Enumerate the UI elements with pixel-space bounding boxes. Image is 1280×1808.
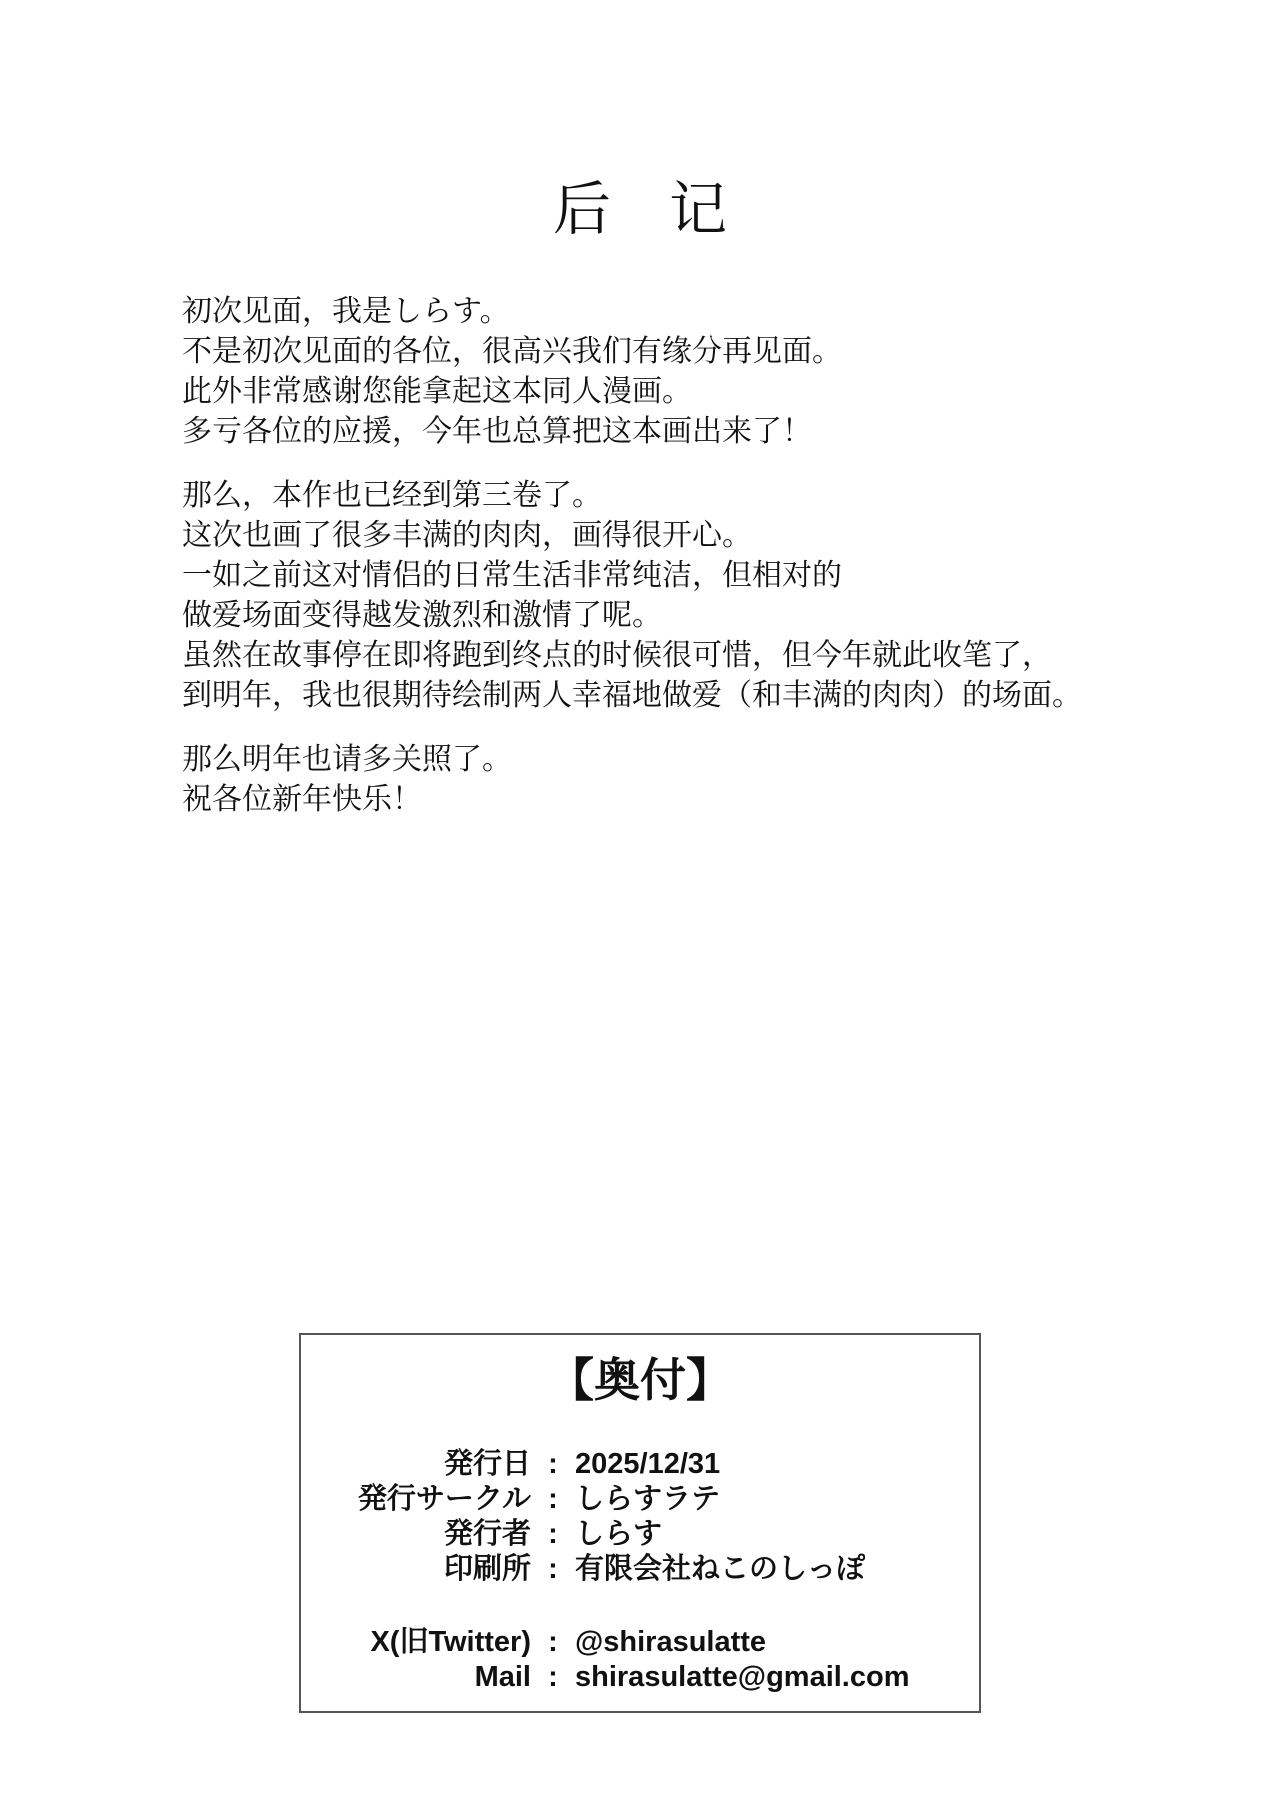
afterword-paragraph: 那么，本作也已经到第三卷了。 这次也画了很多丰满的肉肉，画得很开心。 一如之前这…	[182, 476, 1082, 716]
afterword-line: 那么明年也请多关照了。	[182, 740, 1082, 780]
colon-separator: :	[531, 1517, 575, 1552]
afterword-line: 此外非常感谢您能拿起这本同人漫画。	[182, 372, 1082, 412]
colophon-row-label: 発行者	[301, 1517, 531, 1552]
afterword-line: 这次也画了很多丰满的肉肉，画得很开心。	[182, 516, 1082, 556]
afterword-line: 初次见面，我是しらす。	[182, 292, 1082, 332]
colon-separator: :	[531, 1447, 575, 1482]
colon-separator: :	[531, 1482, 575, 1517]
afterword-paragraph: 那么明年也请多关照了。 祝各位新年快乐！	[182, 740, 1082, 820]
afterword-line: 祝各位新年快乐！	[182, 780, 1082, 820]
colophon-row-value: shirasulatte@gmail.com	[575, 1660, 979, 1695]
colophon-row-label: 印刷所	[301, 1552, 531, 1587]
colophon-row-label: 発行サークル	[301, 1482, 531, 1517]
colophon-row-value: 有限会社ねこのしっぽ	[575, 1552, 979, 1587]
colophon-title: 【奥付】	[301, 1357, 979, 1403]
colophon-rows: 発行日 : 2025/12/31 発行サークル : しらすラテ 発行者 : しら…	[301, 1447, 979, 1695]
afterword-line: 到明年，我也很期待绘制两人幸福地做爱（和丰满的肉肉）的场面。	[182, 676, 1082, 716]
colophon-row-publisher: 発行者 : しらす	[301, 1517, 979, 1552]
page-title: 后 记	[0, 181, 1280, 239]
colophon-row-x-account: X(旧Twitter) : @shirasulatte	[301, 1625, 979, 1660]
afterword-page: 后 记 初次见面，我是しらす。 不是初次见面的各位，很高兴我们有缘分再见面。 此…	[0, 0, 1280, 1808]
afterword-line: 一如之前这对情侣的日常生活非常纯洁，但相对的	[182, 556, 1082, 596]
colophon-row-value: しらす	[575, 1517, 979, 1552]
afterword-line: 那么，本作也已经到第三卷了。	[182, 476, 1082, 516]
row-group-spacer	[301, 1587, 979, 1625]
colophon-box: 【奥付】 発行日 : 2025/12/31 発行サークル : しらすラテ 発行者…	[299, 1333, 981, 1713]
colophon-row-value: @shirasulatte	[575, 1625, 979, 1660]
afterword-body: 初次见面，我是しらす。 不是初次见面的各位，很高兴我们有缘分再见面。 此外非常感…	[182, 292, 1082, 820]
colophon-row-printer: 印刷所 : 有限会社ねこのしっぽ	[301, 1552, 979, 1587]
afterword-line: 多亏各位的应援，今年也总算把这本画出来了！	[182, 412, 1082, 452]
colophon-row-value: 2025/12/31	[575, 1447, 979, 1482]
colophon-row-label: 発行日	[301, 1447, 531, 1482]
colophon-row-publication-date: 発行日 : 2025/12/31	[301, 1447, 979, 1482]
colophon-row-label: Mail	[301, 1660, 531, 1695]
colophon-row-circle: 発行サークル : しらすラテ	[301, 1482, 979, 1517]
afterword-line: 做爱场面变得越发激烈和激情了呢。	[182, 596, 1082, 636]
colophon-row-label: X(旧Twitter)	[301, 1625, 531, 1660]
colon-separator: :	[531, 1625, 575, 1660]
colophon-row-value: しらすラテ	[575, 1482, 979, 1517]
afterword-paragraph: 初次见面，我是しらす。 不是初次见面的各位，很高兴我们有缘分再见面。 此外非常感…	[182, 292, 1082, 452]
colon-separator: :	[531, 1660, 575, 1695]
colophon-row-mail: Mail : shirasulatte@gmail.com	[301, 1660, 979, 1695]
afterword-line: 虽然在故事停在即将跑到终点的时候很可惜，但今年就此收笔了，	[182, 636, 1082, 676]
colon-separator: :	[531, 1552, 575, 1587]
afterword-line: 不是初次见面的各位，很高兴我们有缘分再见面。	[182, 332, 1082, 372]
